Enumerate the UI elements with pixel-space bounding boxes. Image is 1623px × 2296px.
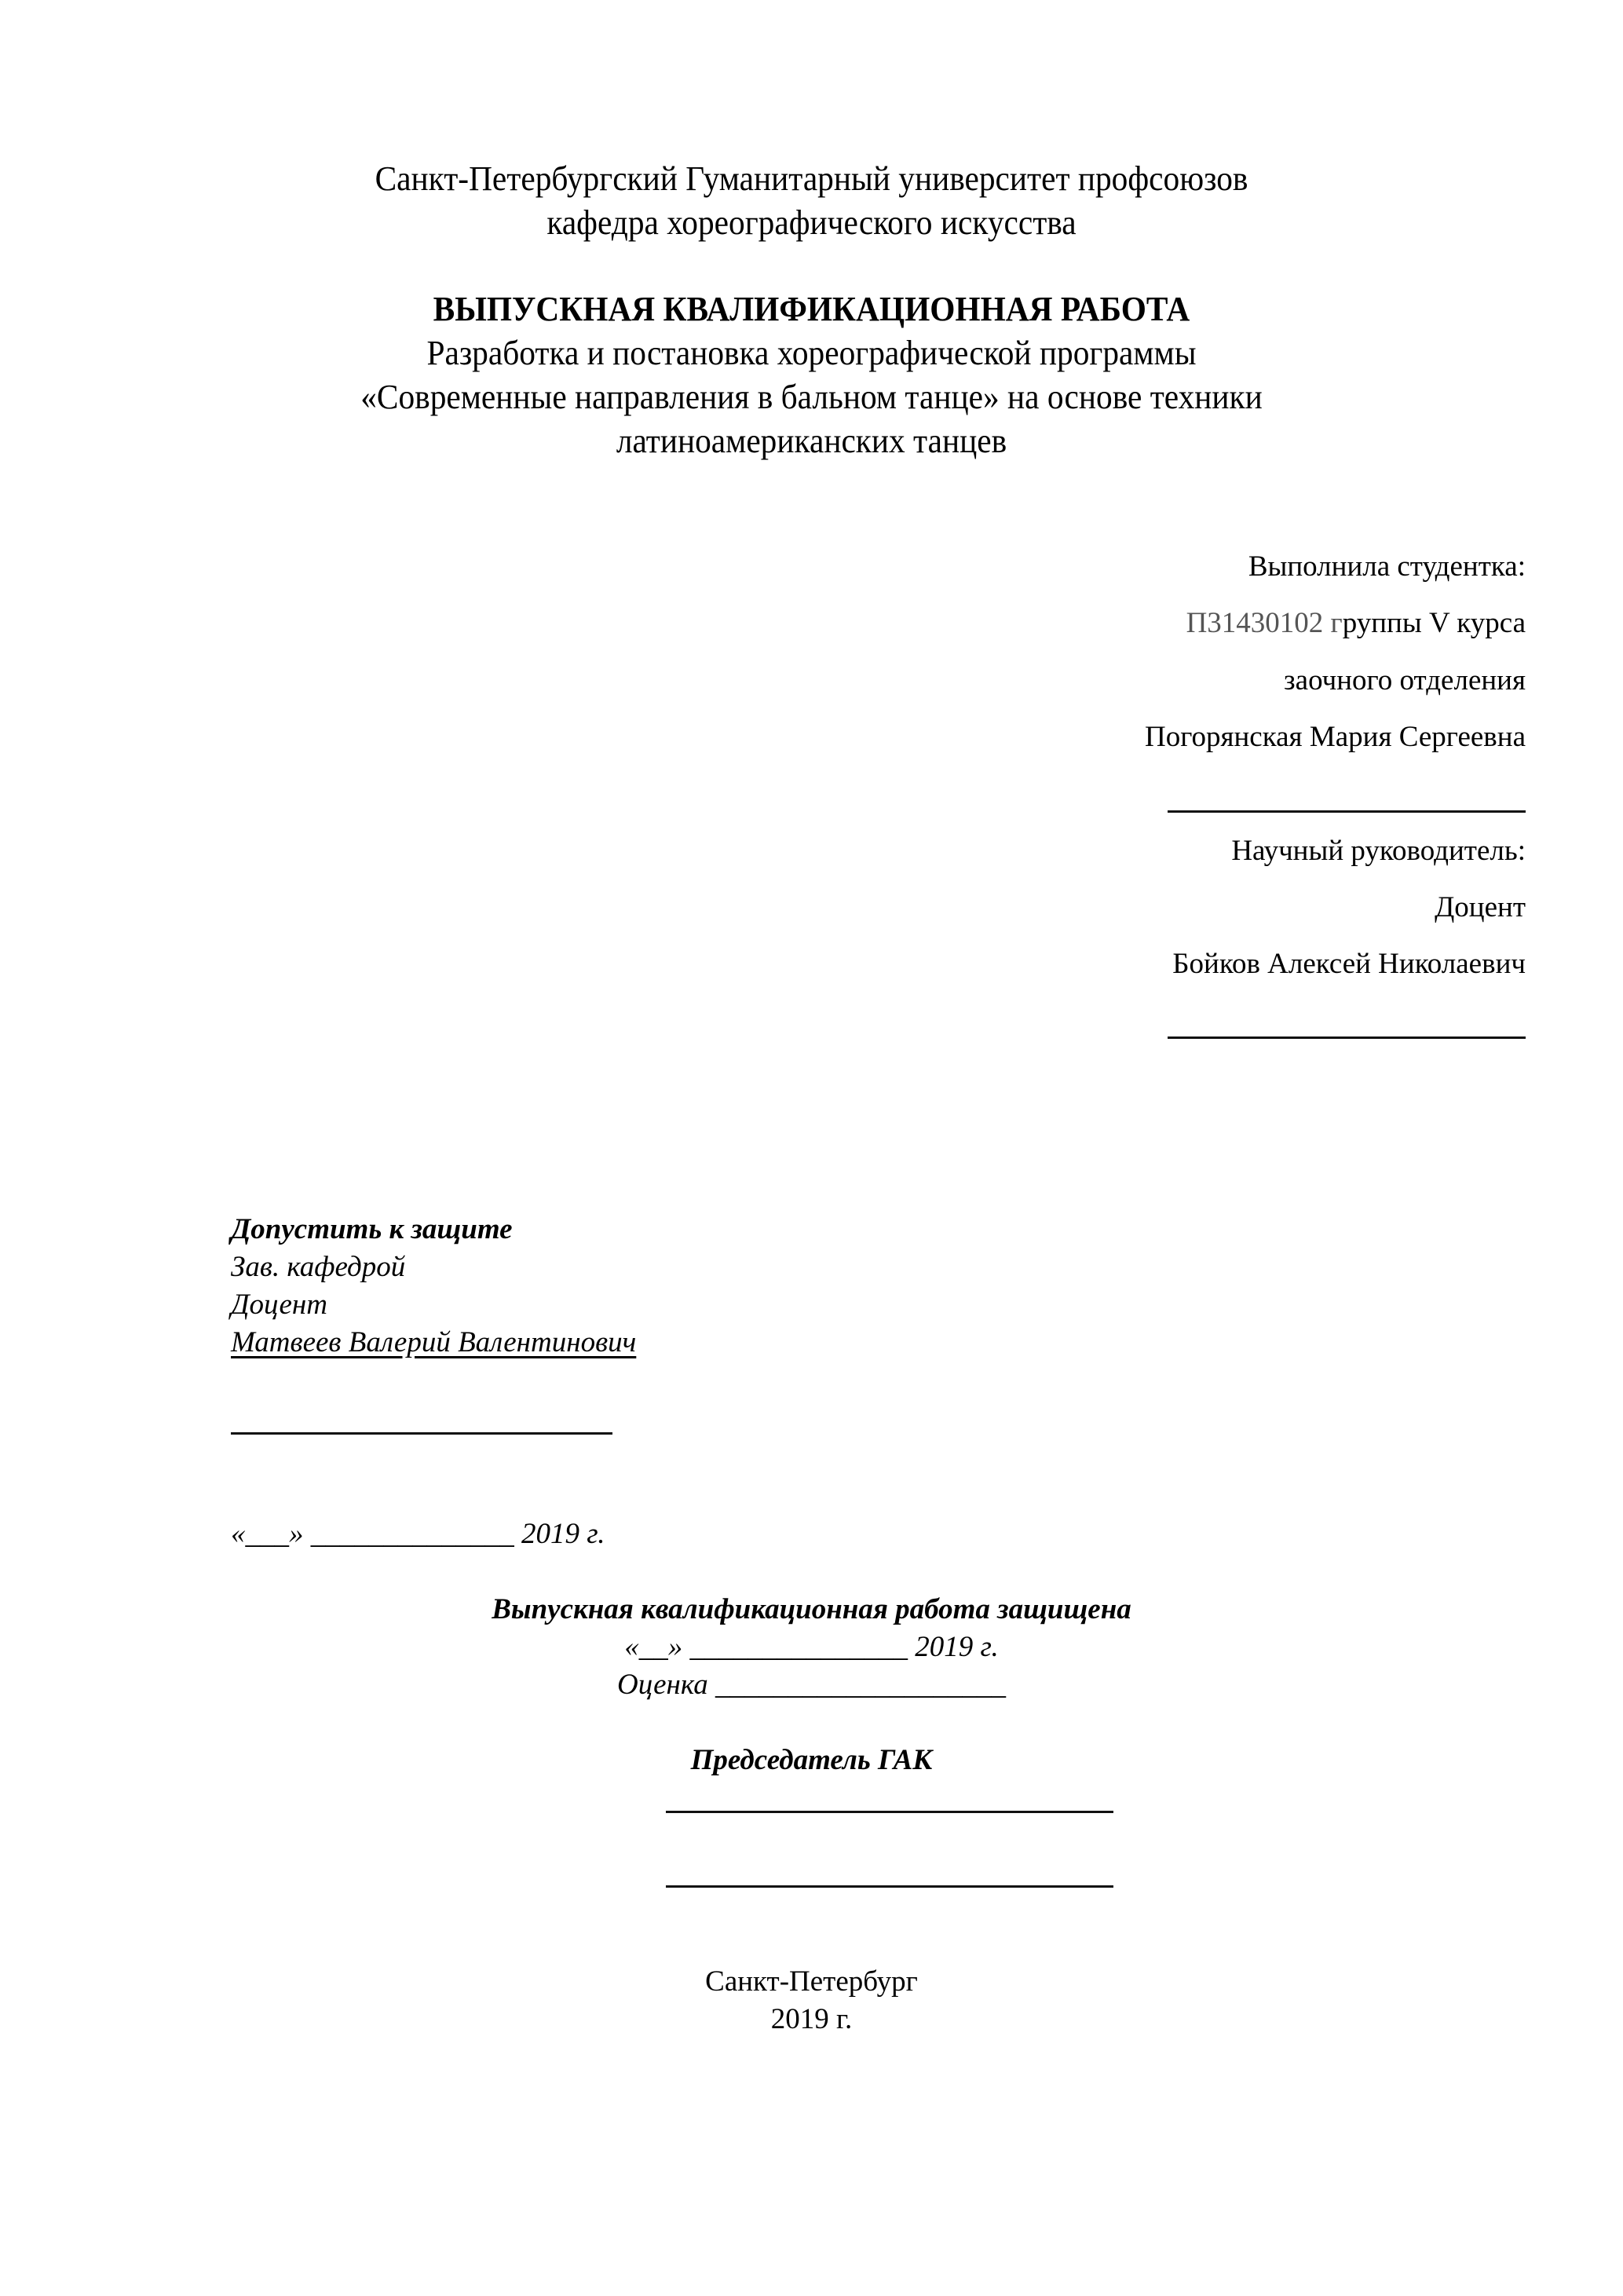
gak-chair-label: Председатель ГАК <box>0 1742 1623 1779</box>
approval-signature-line <box>231 1432 612 1435</box>
group-course: руппы V курса <box>1343 607 1526 639</box>
defense-heading: Выпускная квалификационная работа защище… <box>0 1591 1623 1629</box>
student-group: П31430102 группы V курса <box>1186 606 1526 641</box>
footer-city: Санкт-Петербург <box>0 1963 1623 2001</box>
approval-position: Доцент <box>231 1286 327 1324</box>
approval-role: Зав. кафедрой <box>231 1249 405 1286</box>
approval-heading: Допустить к защите <box>231 1211 513 1249</box>
student-name: Погорянская Мария Сергеевна <box>1145 720 1526 755</box>
footer-year: 2019 г. <box>0 2001 1623 2038</box>
approval-name: Матвеев Валерий Валентинович <box>231 1324 636 1362</box>
supervisor-signature-line <box>1168 1036 1526 1039</box>
supervisor-name: Бойков Алексей Николаевич <box>1172 947 1526 982</box>
department-name: кафедра хореографического искусства <box>49 201 1574 245</box>
student-signature-line <box>1168 810 1526 813</box>
defense-date-line: «__» _______________ 2019 г. <box>0 1629 1623 1666</box>
student-label: Выполнила студентка: <box>1248 550 1526 584</box>
topic-line-2: «Современные направления в бальном танце… <box>49 375 1574 419</box>
gak-signature-line-1 <box>666 1811 1113 1813</box>
supervisor-label: Научный руководитель: <box>1231 834 1526 868</box>
topic-line-1: Разработка и постановка хореографической… <box>49 331 1574 375</box>
work-type-title: ВЫПУСКНАЯ КВАЛИФИКАЦИОННАЯ РАБОТА <box>49 287 1574 331</box>
university-name: Санкт-Петербургский Гуманитарный универс… <box>49 157 1574 201</box>
defense-grade-line: Оценка ____________________ <box>0 1666 1623 1704</box>
approval-date-line: «___» ______________ 2019 г. <box>231 1515 605 1553</box>
supervisor-position: Доцент <box>1435 890 1526 925</box>
topic-line-3: латиноамериканских танцев <box>49 419 1574 463</box>
student-department: заочного отделения <box>1284 664 1526 698</box>
gak-signature-line-2 <box>666 1885 1113 1888</box>
group-code: П31430102 г <box>1186 607 1343 639</box>
